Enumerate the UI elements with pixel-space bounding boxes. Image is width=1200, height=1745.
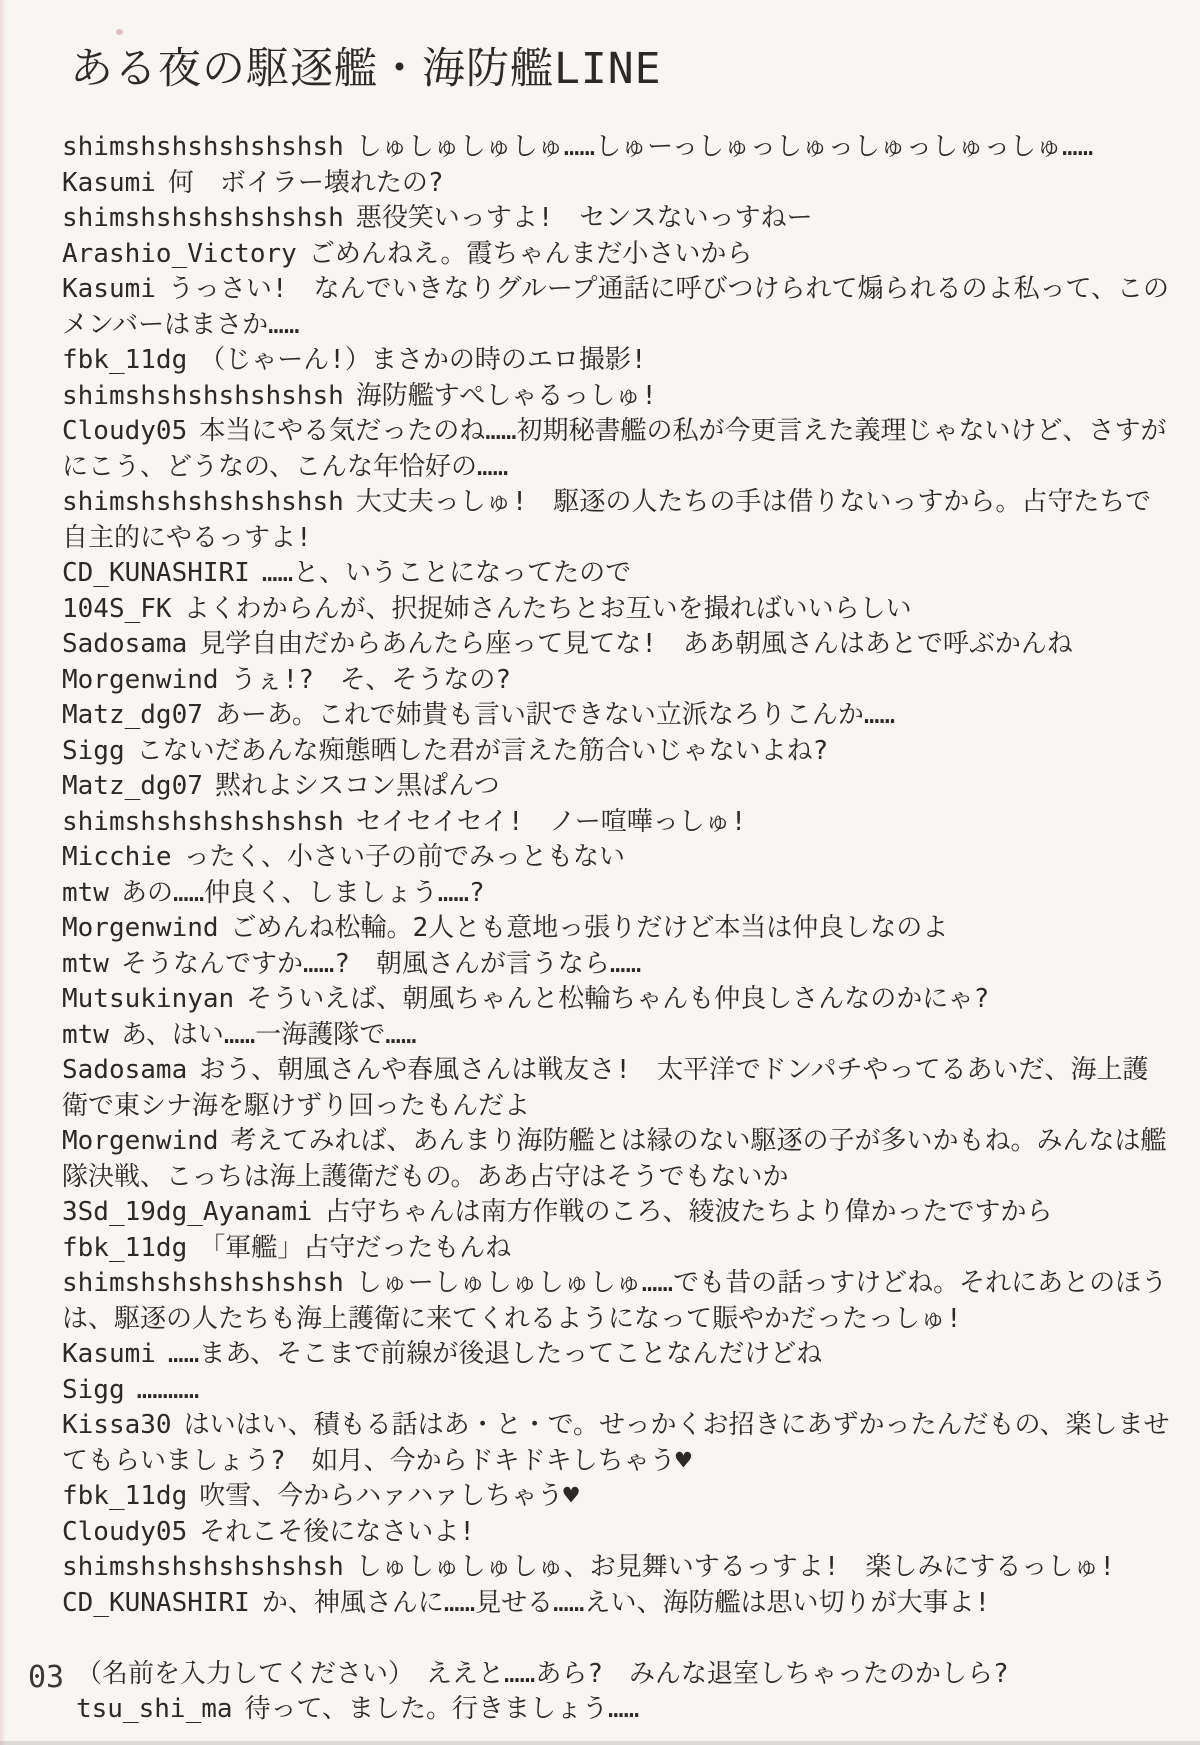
chat-text: あの……仲良く、しましょう……? [121,878,485,908]
chat-text: 「軍艦」占守だったもんね [199,1233,511,1263]
chat-username: shimshshshshshshsh [62,381,344,411]
chat-username: Sadosama [62,629,187,659]
chat-username: shimshshshshshshsh [62,1552,344,1582]
chat-text: ……まあ、そこまで前線が後退したってことなんだけどね [168,1339,822,1369]
chat-text: こないだあんな痴態晒した君が言えた筋合いじゃないよね? [137,736,829,766]
chat-text: よくわからんが、択捉姉さんたちとお互いを撮ればいいらしい [184,594,912,624]
chat-username: Kissa30 [62,1410,172,1440]
chat-text: セイセイセイ! ノー喧嘩っしゅ! [356,807,747,837]
chat-username: Sigg [62,1375,125,1405]
chat-username: shimshshshshshshsh [62,1268,344,1298]
chat-username: Matz_dg07 [62,700,203,730]
chat-message: CD_KUNASHIRI……と、いうことになってたので [62,556,1174,592]
chat-text: （じゃーん!）まさかの時のエロ撮影! [199,345,646,375]
chat-message: shimshshshshshshshセイセイセイ! ノー喧嘩っしゅ! [62,805,1174,841]
chat-text: しゅしゅしゅしゅ、お見舞いするっすよ! 楽しみにするっしゅ! [356,1552,1115,1582]
chat-message: fbk_11dg吹雪、今からハァハァしちゃう♥ [62,1479,1174,1515]
chat-username: （名前を入力してください） [76,1659,414,1689]
chat-username: shimshshshshshshsh [62,807,344,837]
chat-username: Morgenwind [62,1126,219,1156]
chat-message: shimshshshshshshsh海防艦すぺしゃるっしゅ! [62,379,1174,415]
chat-username: 3Sd_19dg_Ayanami [62,1197,312,1227]
chat-text: それこそ後になさいよ! [199,1517,475,1547]
page-title: ある夜の駆逐艦・海防艦LINE [70,42,1174,96]
chat-message: Kasumiうっさい! なんでいきなりグループ通話に呼びつけられて煽られるのよ私… [62,272,1174,343]
scan-edge-artifact-bottom [0,1741,1200,1745]
chat-text: しゅしゅしゅしゅ……しゅーっしゅっしゅっしゅっしゅっしゅ…… [356,132,1094,162]
chat-message: shimshshshshshshsh悪役笑いっすよ! センスないっすねー [62,201,1174,237]
chat-username: shimshshshshshshsh [62,203,344,233]
chat-text: ……と、いうことになってたので [262,558,631,588]
chat-username: tsu_shi_ma [76,1694,233,1724]
chat-text: 占守ちゃんは南方作戦のころ、綾波たちより偉かったですから [324,1197,1052,1227]
chat-message: Morgenwindごめんね松輪。2人とも意地っ張りだけど本当は仲良しなのよ [62,911,1174,947]
chat-message: fbk_11dg（じゃーん!）まさかの時のエロ撮影! [62,343,1174,379]
chat-username: shimshshshshshshsh [62,487,344,517]
chat-message: Siggこないだあんな痴態晒した君が言えた筋合いじゃないよね? [62,734,1174,770]
chat-text: おう、朝風さんや春風さんは戦友さ! 太平洋でドンパチやってるあいだ、海上護衛で東… [62,1055,1149,1121]
page-number: 03 [28,1660,64,1695]
chat-message: shimshshshshshshshしゅしゅしゅしゅ……しゅーっしゅっしゅっしゅ… [62,130,1174,166]
chat-text: 何 ボイラー壊れたの? [168,168,444,198]
chat-text: ええと……あら? みんな退室しちゃったのかしら? [426,1659,1009,1689]
chat-username: Kasumi [62,1339,156,1369]
chat-text: あ、はい……一海護隊で…… [121,1020,417,1050]
chat-message: 104S_FKよくわからんが、択捉姉さんたちとお互いを撮ればいいらしい [62,592,1174,628]
scanned-doujin-page: { "colors": { "paper": "#f8f6f3", "ink":… [0,0,1200,1745]
chat-text: そういえば、朝風ちゃんと松輪ちゃんも仲良しさんなのかにゃ? [246,984,989,1014]
chat-message: Sadosamaおう、朝風さんや春風さんは戦友さ! 太平洋でドンパチやってるあい… [62,1053,1174,1124]
chat-message: Cloudy05本当にやる気だったのね……初期秘書艦の私が今更言えた義理じゃない… [62,414,1174,485]
chat-username: 104S_FK [62,594,172,624]
chat-message: shimshshshshshshshしゅしゅしゅしゅ、お見舞いするっすよ! 楽し… [62,1550,1174,1586]
chat-text: 見学自由だからあんたら座って見てな! ああ朝風さんはあとで呼ぶかんね [199,629,1073,659]
chat-username: fbk_11dg [62,1481,187,1511]
chat-text: そうなんですか……? 朝風さんが言うなら…… [121,949,641,979]
chat-message: shimshshshshshshsh大丈夫っしゅ! 駆逐の人たちの手は借りないっ… [62,485,1174,556]
chat-username: fbk_11dg [62,1233,187,1263]
chat-message: Kasumi何 ボイラー壊れたの? [62,166,1174,202]
chat-text: 黙れよシスコン黒ぱんつ [215,771,500,801]
chat-message: fbk_11dg「軍艦」占守だったもんね [62,1231,1174,1267]
chat-username: Arashio_Victory [62,239,297,269]
chat-message: CD_KUNASHIRIか、神風さんに……見せる……えい、海防艦は思い切りが大事… [62,1586,1174,1622]
chat-text: ったく、小さい子の前でみっともない [184,842,625,872]
chat-username: mtw [62,878,109,908]
chat-username: Sigg [62,736,125,766]
chat-username: CD_KUNASHIRI [62,558,250,588]
chat-message: Cloudy05それこそ後になさいよ! [62,1515,1174,1551]
chat-username: Kasumi [62,168,156,198]
chat-text: ごめんねえ。霞ちゃんまだ小さいから [309,239,753,269]
chat-message: Kissa30はいはい、積もる話はあ・と・で。せっかくお招きにあずかったんだもの… [62,1408,1174,1479]
chat-message: Micchieったく、小さい子の前でみっともない [62,840,1174,876]
chat-message: mtwあ、はい……一海護隊で…… [62,1018,1174,1054]
chat-username: Matz_dg07 [62,771,203,801]
chat-message: Morgenwindうぇ!? そ、そうなの? [62,663,1174,699]
chat-text: うっさい! なんでいきなりグループ通話に呼びつけられて煽られるのよ私って、このメ… [62,274,1169,340]
scan-speck [116,29,123,35]
chat-message: Sigg………… [62,1373,1174,1409]
chat-message: shimshshshshshshshしゅーしゅしゅしゅしゅ……でも昔の話っすけど… [62,1266,1174,1337]
chat-username: Mutsukinyan [62,984,234,1014]
chat-message: Matz_dg07あーあ。これで姉貴も言い訳できない立派なろりこんか…… [62,698,1174,734]
page-sheet: ある夜の駆逐艦・海防艦LINE shimshshshshshshshしゅしゅしゅ… [0,0,1200,1745]
chat-message: mtwそうなんですか……? 朝風さんが言うなら…… [62,947,1174,983]
chat-username: CD_KUNASHIRI [62,1588,250,1618]
chat-text: 吹雪、今からハァハァしちゃう♥ [199,1481,579,1511]
scan-edge-artifact-left [0,0,6,1745]
chat-message: tsu_shi_ma待って、ました。行きましょう…… [62,1692,1174,1728]
chat-message: Matz_dg07黙れよシスコン黒ぱんつ [62,769,1174,805]
chat-text: 考えてみれば、あんまり海防艦とは縁のない駆逐の子が多いかもね。みんなは艦隊決戦、… [62,1126,1167,1192]
chat-text: 悪役笑いっすよ! センスないっすねー [356,203,813,233]
chat-username: Micchie [62,842,172,872]
chat-text: か、神風さんに……見せる……えい、海防艦は思い切りが大事よ! [262,1588,990,1618]
chat-message: Sadosama見学自由だからあんたら座って見てな! ああ朝風さんはあとで呼ぶか… [62,627,1174,663]
chat-text: ………… [137,1375,200,1405]
chat-message: mtwあの……仲良く、しましょう……? [62,876,1174,912]
chat-message: Morgenwind考えてみれば、あんまり海防艦とは縁のない駆逐の子が多いかもね… [62,1124,1174,1195]
chat-message: Arashio_Victoryごめんねえ。霞ちゃんまだ小さいから [62,237,1174,273]
chat-message: Mutsukinyanそういえば、朝風ちゃんと松輪ちゃんも仲良しさんなのかにゃ? [62,982,1174,1018]
chat-text: 海防艦すぺしゃるっしゅ! [356,381,657,411]
chat-username: mtw [62,1020,109,1050]
chat-text: 本当にやる気だったのね……初期秘書艦の私が今更言えた義理じゃないけど、さすがにこ… [62,416,1167,482]
chat-text: はいはい、積もる話はあ・と・で。せっかくお招きにあずかったんだもの、楽しませても… [62,1410,1170,1476]
chat-text: うぇ!? そ、そうなの? [231,665,511,695]
chat-text: 待って、ました。行きましょう…… [245,1694,640,1724]
chat-username: Kasumi [62,274,156,304]
chat-text: ごめんね松輪。2人とも意地っ張りだけど本当は仲良しなのよ [231,913,949,943]
chat-message: （名前を入力してください）ええと……あら? みんな退室しちゃったのかしら? [62,1657,1174,1693]
chat-username: Cloudy05 [62,1517,187,1547]
chat-username: Cloudy05 [62,416,187,446]
chat-username: mtw [62,949,109,979]
chat-username: Morgenwind [62,665,219,695]
chat-username: shimshshshshshshsh [62,132,344,162]
chat-message: 3Sd_19dg_Ayanami占守ちゃんは南方作戦のころ、綾波たちより偉かった… [62,1195,1174,1231]
chat-text: あーあ。これで姉貴も言い訳できない立派なろりこんか…… [215,700,895,730]
chat-log: shimshshshshshshshしゅしゅしゅしゅ……しゅーっしゅっしゅっしゅ… [62,130,1174,1728]
chat-message: Kasumi……まあ、そこまで前線が後退したってことなんだけどね [62,1337,1174,1373]
chat-username: fbk_11dg [62,345,187,375]
chat-username: Morgenwind [62,913,219,943]
chat-username: Sadosama [62,1055,187,1085]
